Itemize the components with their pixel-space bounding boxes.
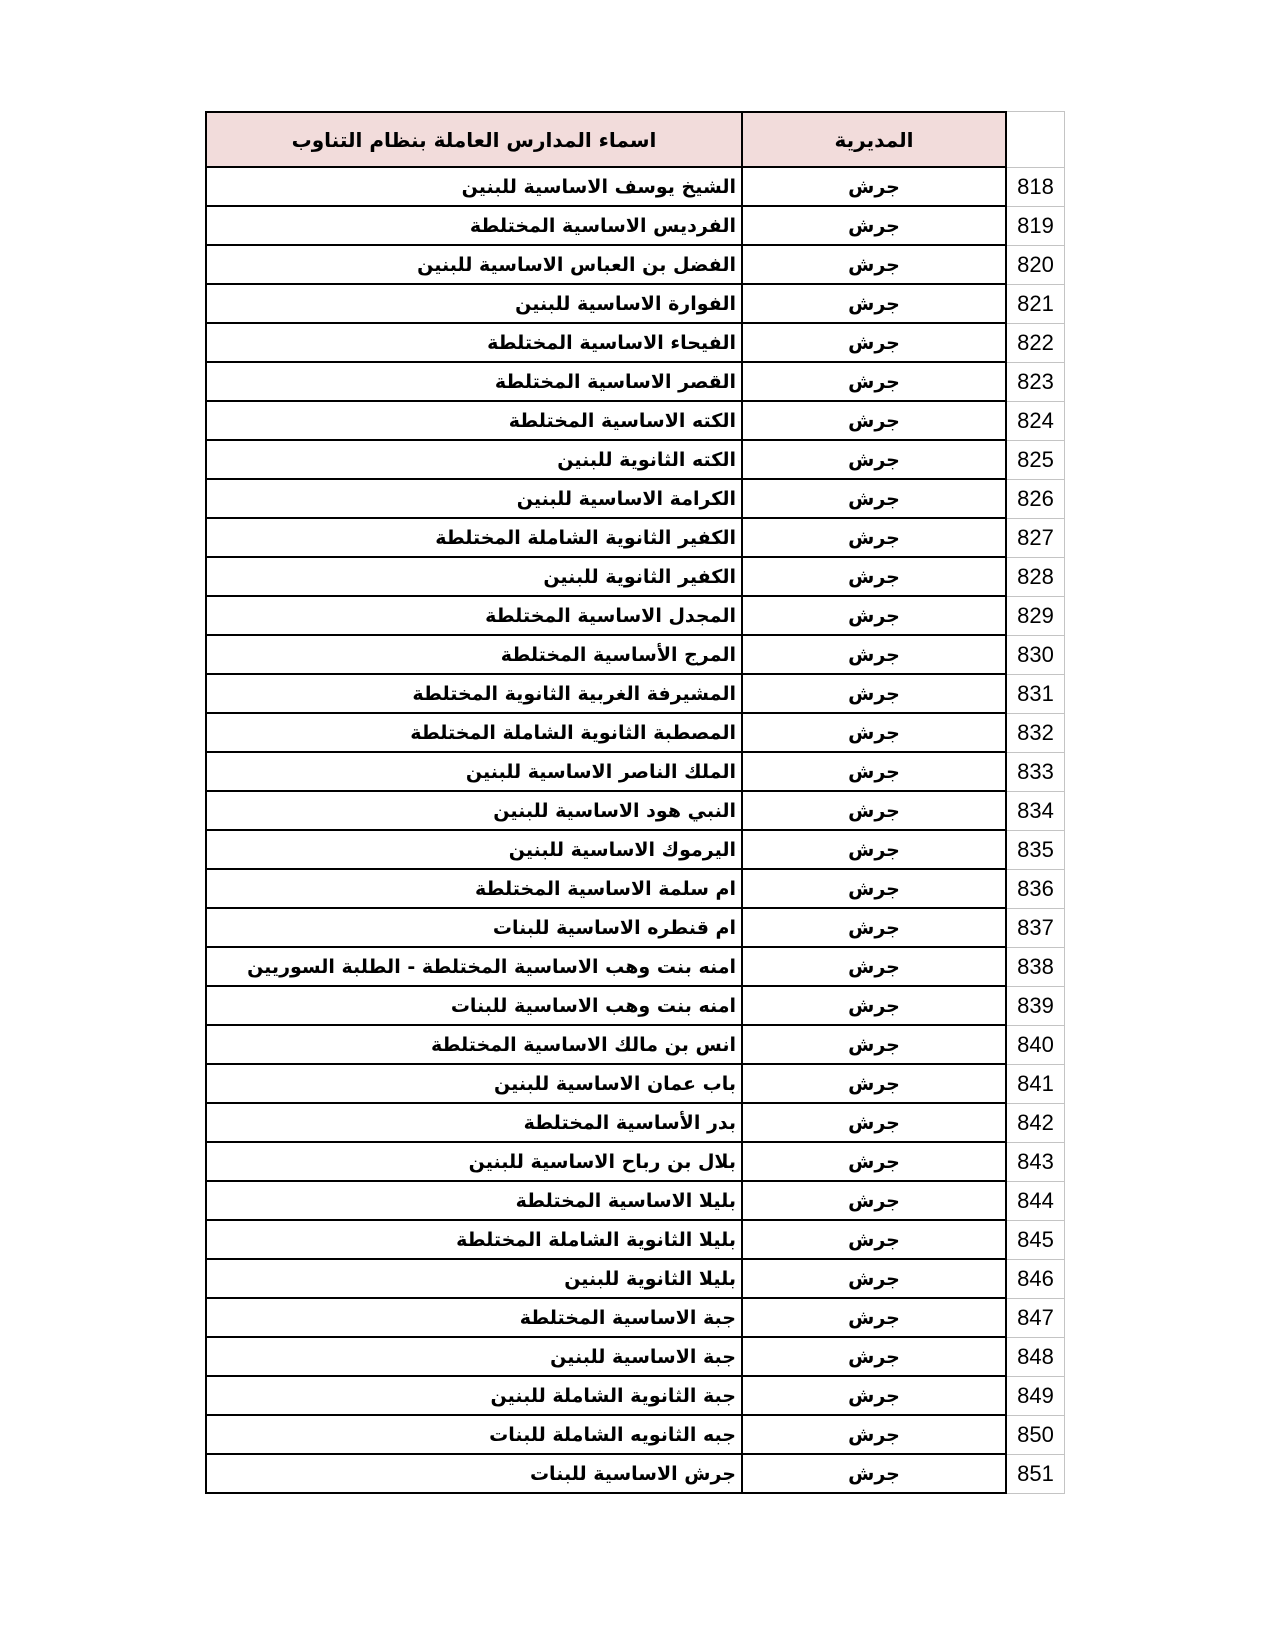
row-number: 821	[1007, 285, 1065, 324]
school-name-cell: المشيرفة الغربية الثانوية المختلطة	[205, 675, 743, 714]
school-name-cell: الكته الثانوية للبنين	[205, 441, 743, 480]
directorate-cell: جرش	[743, 948, 1007, 987]
school-name-cell: اليرموك الاساسية للبنين	[205, 831, 743, 870]
directorate-cell: جرش	[743, 792, 1007, 831]
school-name-cell: جرش الاساسية للبنات	[205, 1455, 743, 1494]
directorate-cell: جرش	[743, 324, 1007, 363]
row-number: 826	[1007, 480, 1065, 519]
row-number: 825	[1007, 441, 1065, 480]
school-name-cell: جبة الاساسية للبنين	[205, 1338, 743, 1377]
school-name-cell: امنه بنت وهب الاساسية للبنات	[205, 987, 743, 1026]
directorate-cell: جرش	[743, 987, 1007, 1026]
row-number: 851	[1007, 1455, 1065, 1494]
row-number: 834	[1007, 792, 1065, 831]
row-number: 840	[1007, 1026, 1065, 1065]
school-name-cell: الفوارة الاساسية للبنين	[205, 285, 743, 324]
school-name-cell: جبة الثانوية الشاملة للبنين	[205, 1377, 743, 1416]
row-number: 849	[1007, 1377, 1065, 1416]
row-number: 833	[1007, 753, 1065, 792]
school-name-cell: بليلا الثانوية الشاملة المختلطة	[205, 1221, 743, 1260]
directorate-cell: جرش	[743, 597, 1007, 636]
row-number: 848	[1007, 1338, 1065, 1377]
directorate-cell: جرش	[743, 636, 1007, 675]
directorate-cell: جرش	[743, 714, 1007, 753]
directorate-cell: جرش	[743, 1338, 1007, 1377]
directorate-cell: جرش	[743, 480, 1007, 519]
school-name-cell: باب عمان الاساسية للبنين	[205, 1065, 743, 1104]
directorate-cell: جرش	[743, 1416, 1007, 1455]
directorate-cell: جرش	[743, 831, 1007, 870]
directorate-cell: جرش	[743, 909, 1007, 948]
directorate-cell: جرش	[743, 1182, 1007, 1221]
row-number: 844	[1007, 1182, 1065, 1221]
school-name-cell: ام سلمة الاساسية المختلطة	[205, 870, 743, 909]
row-number: 836	[1007, 870, 1065, 909]
directorate-cell: جرش	[743, 1065, 1007, 1104]
directorate-cell: جرش	[743, 402, 1007, 441]
school-name-cell: بدر الأساسية المختلطة	[205, 1104, 743, 1143]
directorate-cell: جرش	[743, 753, 1007, 792]
directorate-cell: جرش	[743, 1260, 1007, 1299]
row-number: 823	[1007, 363, 1065, 402]
row-number: 827	[1007, 519, 1065, 558]
schools-rotation-table: اسماء المدارس العاملة بنظام التناوب المد…	[205, 111, 1065, 1494]
directorate-cell: جرش	[743, 1143, 1007, 1182]
page: { "table": { "header_bg": "#F2DCDB", "bo…	[0, 0, 1275, 1650]
directorate-cell: جرش	[743, 441, 1007, 480]
school-name-cell: جبه الثانويه الشاملة للبنات	[205, 1416, 743, 1455]
school-name-cell: بليلا الاساسية المختلطة	[205, 1182, 743, 1221]
school-name-cell: انس بن مالك الاساسية المختلطة	[205, 1026, 743, 1065]
school-name-cell: المجدل الاساسية المختلطة	[205, 597, 743, 636]
directorate-cell: جرش	[743, 285, 1007, 324]
row-number: 832	[1007, 714, 1065, 753]
row-number: 819	[1007, 207, 1065, 246]
directorate-cell: جرش	[743, 519, 1007, 558]
school-name-cell: امنه بنت وهب الاساسية المختلطة - الطلبة …	[205, 948, 743, 987]
directorate-cell: جرش	[743, 168, 1007, 207]
school-name-cell: المرج الأساسية المختلطة	[205, 636, 743, 675]
directorate-cell: جرش	[743, 675, 1007, 714]
row-number: 835	[1007, 831, 1065, 870]
row-number: 830	[1007, 636, 1065, 675]
school-name-cell: النبي هود الاساسية للبنين	[205, 792, 743, 831]
schools-column-header: اسماء المدارس العاملة بنظام التناوب	[205, 111, 743, 168]
school-name-cell: الفيحاء الاساسية المختلطة	[205, 324, 743, 363]
school-name-cell: المصطبة الثانوية الشاملة المختلطة	[205, 714, 743, 753]
directorate-cell: جرش	[743, 363, 1007, 402]
school-name-cell: الكفير الثانوية للبنين	[205, 558, 743, 597]
school-name-cell: الكرامة الاساسية للبنين	[205, 480, 743, 519]
directorate-cell: جرش	[743, 1299, 1007, 1338]
directorate-cell: جرش	[743, 1026, 1007, 1065]
directorate-cell: جرش	[743, 1104, 1007, 1143]
directorate-cell: جرش	[743, 1377, 1007, 1416]
row-number: 850	[1007, 1416, 1065, 1455]
school-name-cell: القصر الاساسية المختلطة	[205, 363, 743, 402]
directorate-cell: جرش	[743, 870, 1007, 909]
row-number: 831	[1007, 675, 1065, 714]
row-number: 839	[1007, 987, 1065, 1026]
row-number: 837	[1007, 909, 1065, 948]
directorate-cell: جرش	[743, 558, 1007, 597]
directorate-cell: جرش	[743, 1221, 1007, 1260]
row-number: 828	[1007, 558, 1065, 597]
row-number: 847	[1007, 1299, 1065, 1338]
school-name-cell: الكته الاساسية المختلطة	[205, 402, 743, 441]
school-name-cell: الكفير الثانوية الشاملة المختلطة	[205, 519, 743, 558]
row-number: 842	[1007, 1104, 1065, 1143]
directorate-cell: جرش	[743, 246, 1007, 285]
row-number: 818	[1007, 168, 1065, 207]
directorate-cell: جرش	[743, 207, 1007, 246]
school-name-cell: الفضل بن العباس الاساسية للبنين	[205, 246, 743, 285]
school-name-cell: الملك الناصر الاساسية للبنين	[205, 753, 743, 792]
school-name-cell: ام قنطره الاساسية للبنات	[205, 909, 743, 948]
row-number-header-cell	[1007, 111, 1065, 168]
row-number: 822	[1007, 324, 1065, 363]
row-number: 841	[1007, 1065, 1065, 1104]
school-name-cell: الفرديس الاساسية المختلطة	[205, 207, 743, 246]
school-name-cell: جبة الاساسية المختلطة	[205, 1299, 743, 1338]
row-number: 846	[1007, 1260, 1065, 1299]
row-number: 829	[1007, 597, 1065, 636]
school-name-cell: بلال بن رباح الاساسية للبنين	[205, 1143, 743, 1182]
row-number: 843	[1007, 1143, 1065, 1182]
school-name-cell: الشيخ يوسف الاساسية للبنين	[205, 168, 743, 207]
row-number: 838	[1007, 948, 1065, 987]
row-number: 820	[1007, 246, 1065, 285]
row-number: 824	[1007, 402, 1065, 441]
row-number: 845	[1007, 1221, 1065, 1260]
directorate-cell: جرش	[743, 1455, 1007, 1494]
directorate-column-header: المديرية	[743, 111, 1007, 168]
school-name-cell: بليلا الثانوية للبنين	[205, 1260, 743, 1299]
